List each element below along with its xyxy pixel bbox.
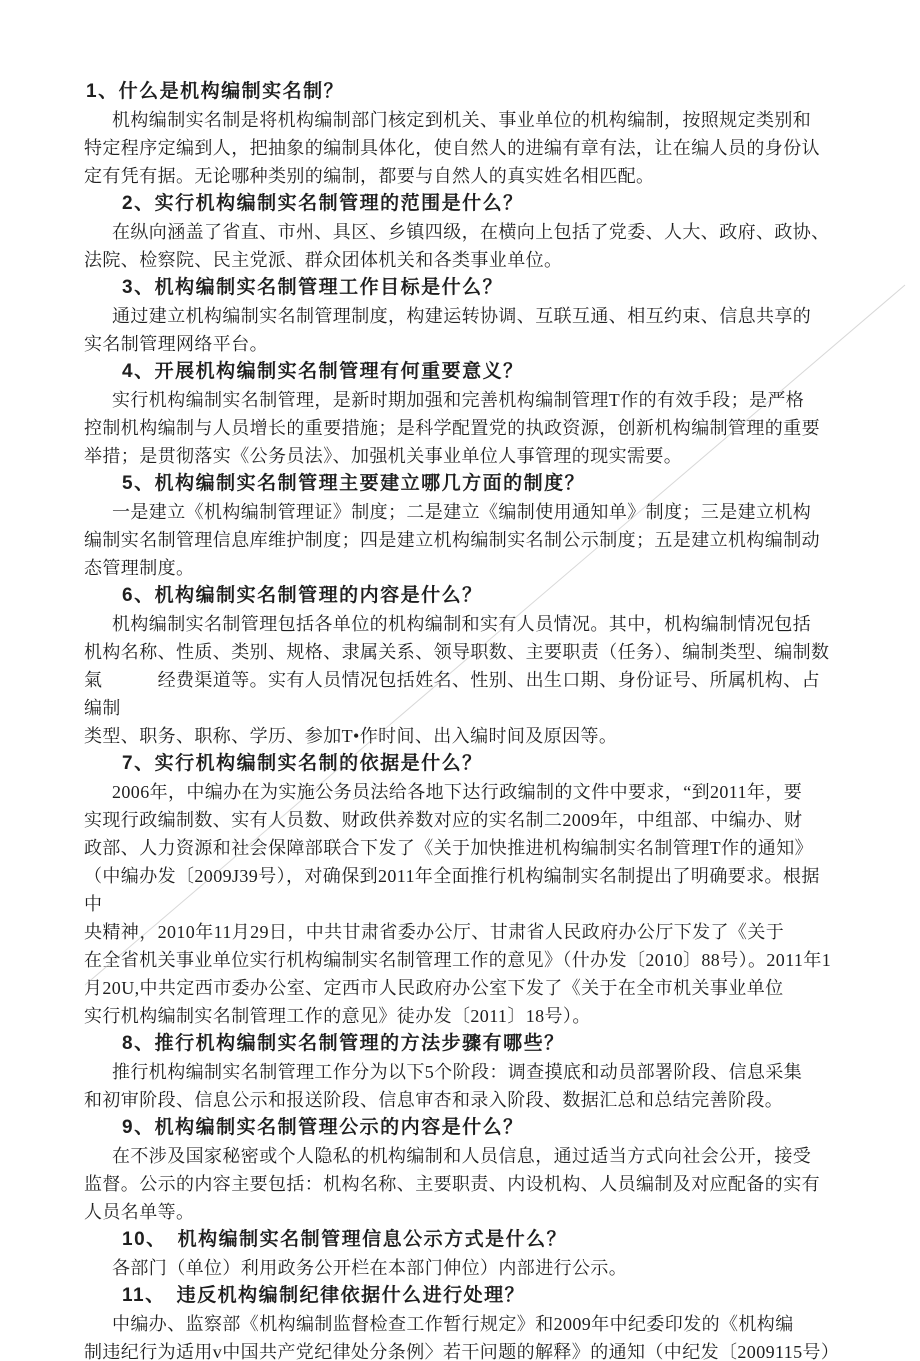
qa-item: 8、推行机构编制实名制管理的方法步骤有哪些？ 推行机构编制实名制管理工作分为以下… (84, 1030, 836, 1114)
question-heading: 5、机构编制实名制管理主要建立哪几方面的制度？ (84, 470, 836, 498)
document-page: 1、什么是机构编制实名制？ 机构编制实名制是将机构编制部门核定到机关、事业单位的… (0, 0, 920, 1361)
answer-paragraph: 中编办、监察部《机构编制监督检查工作暂行规定》和2009年中纪委印发的《机构编 … (84, 1310, 836, 1361)
question-heading: 3、机构编制实名制管理工作目标是什么？ (84, 274, 836, 302)
qa-item: 5、机构编制实名制管理主要建立哪几方面的制度？ 一是建立《机构编制管理证》制度；… (84, 470, 836, 582)
question-heading: 1、什么是机构编制实名制？ (84, 78, 836, 106)
answer-paragraph: 在纵向涵盖了省直、市州、具区、乡镇四级，在横向上包括了党委、人大、政府、政协、 … (84, 218, 836, 274)
answer-paragraph: 实行机构编制实名制管理，是新时期加强和完善机构编制管理T作的有效手段；是严格 控… (84, 386, 836, 470)
question-heading: 2、实行机构编制实名制管理的范围是什么？ (84, 190, 836, 218)
qa-item: 6、机构编制实名制管理的内容是什么？ 机构编制实名制管理包括各单位的机构编制和实… (84, 582, 836, 750)
question-heading: 8、推行机构编制实名制管理的方法步骤有哪些？ (84, 1030, 836, 1058)
answer-paragraph: 机构编制实名制是将机构编制部门核定到机关、事业单位的机构编制，按照规定类别和 特… (84, 106, 836, 190)
question-heading: 9、机构编制实名制管理公示的内容是什么？ (84, 1114, 836, 1142)
qa-document: 1、什么是机构编制实名制？ 机构编制实名制是将机构编制部门核定到机关、事业单位的… (84, 78, 836, 1361)
qa-item: 10、 机构编制实名制管理信息公示方式是什么？ 各部门（单位）利用政务公开栏在本… (84, 1226, 836, 1282)
answer-paragraph: 各部门（单位）利用政务公开栏在本部门伸位）内部进行公示。 (84, 1254, 836, 1282)
qa-item: 3、机构编制实名制管理工作目标是什么？ 通过建立机构编制实名制管理制度，构建运转… (84, 274, 836, 358)
answer-paragraph: 推行机构编制实名制管理工作分为以下5个阶段：调查摸底和动员部署阶段、信息采集 和… (84, 1058, 836, 1114)
qa-item: 9、机构编制实名制管理公示的内容是什么？ 在不涉及国家秘密或个人隐私的机构编制和… (84, 1114, 836, 1226)
question-heading: 4、开展机构编制实名制管理有何重要意义？ (84, 358, 836, 386)
answer-paragraph: 在不涉及国家秘密或个人隐私的机构编制和人员信息，通过适当方式向社会公开，接受 监… (84, 1142, 836, 1226)
qa-item: 11、 违反机构编制纪律依据什么进行处理？ 中编办、监察部《机构编制监督检查工作… (84, 1282, 836, 1361)
answer-paragraph: 机构编制实名制管理包括各单位的机构编制和实有人员情况。其中，机构编制情况包括 机… (84, 610, 836, 750)
question-heading: 7、实行机构编制实名制的依据是什么？ (84, 750, 836, 778)
question-heading: 6、机构编制实名制管理的内容是什么？ (84, 582, 836, 610)
question-heading: 10、 机构编制实名制管理信息公示方式是什么？ (84, 1226, 836, 1254)
qa-item: 7、实行机构编制实名制的依据是什么？ 2006年，中编办在为实施公务员法给各地下… (84, 750, 836, 1030)
answer-paragraph: 通过建立机构编制实名制管理制度，构建运转协调、互联互通、相互约束、信息共享的 实… (84, 302, 836, 358)
answer-paragraph: 一是建立《机构编制管理证》制度；二是建立《编制使用通知单》制度；三是建立机构 编… (84, 498, 836, 582)
qa-item: 2、实行机构编制实名制管理的范围是什么？ 在纵向涵盖了省直、市州、具区、乡镇四级… (84, 190, 836, 274)
question-heading: 11、 违反机构编制纪律依据什么进行处理？ (84, 1282, 836, 1310)
qa-item: 1、什么是机构编制实名制？ 机构编制实名制是将机构编制部门核定到机关、事业单位的… (84, 78, 836, 190)
answer-paragraph: 2006年，中编办在为实施公务员法给各地下达行政编制的文件中要求，“到2011年… (84, 778, 836, 1030)
qa-item: 4、开展机构编制实名制管理有何重要意义？ 实行机构编制实名制管理，是新时期加强和… (84, 358, 836, 470)
